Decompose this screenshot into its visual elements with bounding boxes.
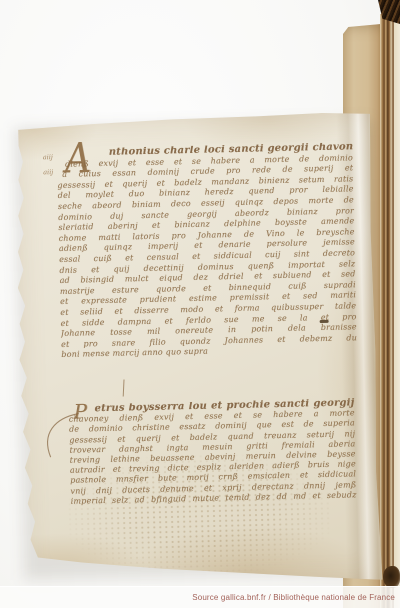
- quire-mark: aiij: [43, 165, 53, 180]
- attribution-bar: Source gallica.bnf.fr / Bibliothèque nat…: [0, 586, 400, 608]
- binding-edge-dark-spot: [383, 566, 400, 588]
- margin-dash-mark: [320, 320, 329, 323]
- quire-marks: aiij aiij: [43, 150, 54, 180]
- manuscript-paragraph-1: nthonius charle loci sancti georgii chav…: [57, 142, 358, 361]
- parchment-page: aiij aiij A nthonius charle loci sancti …: [12, 112, 387, 590]
- manuscript-photo: aiij aiij A nthonius charle loci sancti …: [0, 0, 400, 608]
- quire-mark: aiij: [43, 150, 53, 165]
- page-edge-sliver: [394, 14, 400, 608]
- attribution-text: Source gallica.bnf.fr / Bibliothèque nat…: [192, 593, 395, 602]
- stray-pen-stroke: [123, 380, 125, 397]
- manuscript-paragraph-2: etrus boysserra lou et prochie sancti ge…: [68, 398, 356, 506]
